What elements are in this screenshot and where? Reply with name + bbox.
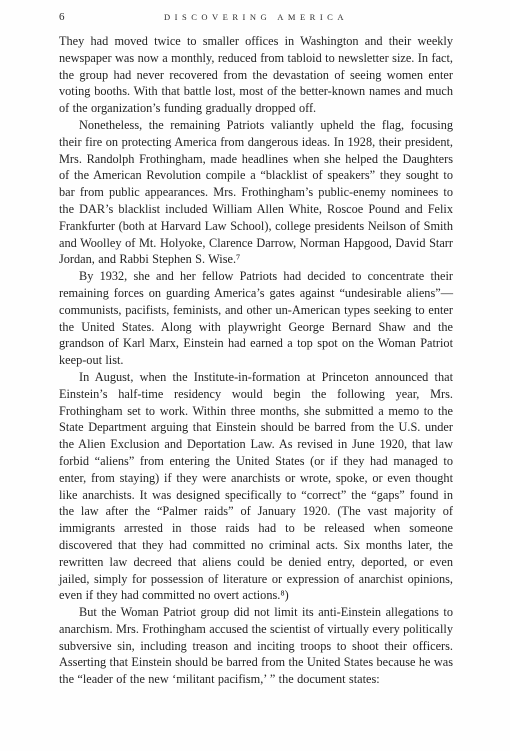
running-head-title: DISCOVERING AMERICA [59,12,453,22]
paragraph-3: By 1932, she and her fellow Patriots had… [59,268,453,369]
paragraph-5: But the Woman Patriot group did not limi… [59,604,453,688]
book-page: 6 DISCOVERING AMERICA They had moved twi… [0,0,510,751]
paragraph-4: In August, when the Institute-in-formati… [59,369,453,604]
paragraph-2: Nonetheless, the remaining Patriots vali… [59,117,453,268]
running-header: 6 DISCOVERING AMERICA [59,11,453,25]
paragraph-1: They had moved twice to smaller offices … [59,33,453,117]
page-body: They had moved twice to smaller offices … [59,33,453,688]
